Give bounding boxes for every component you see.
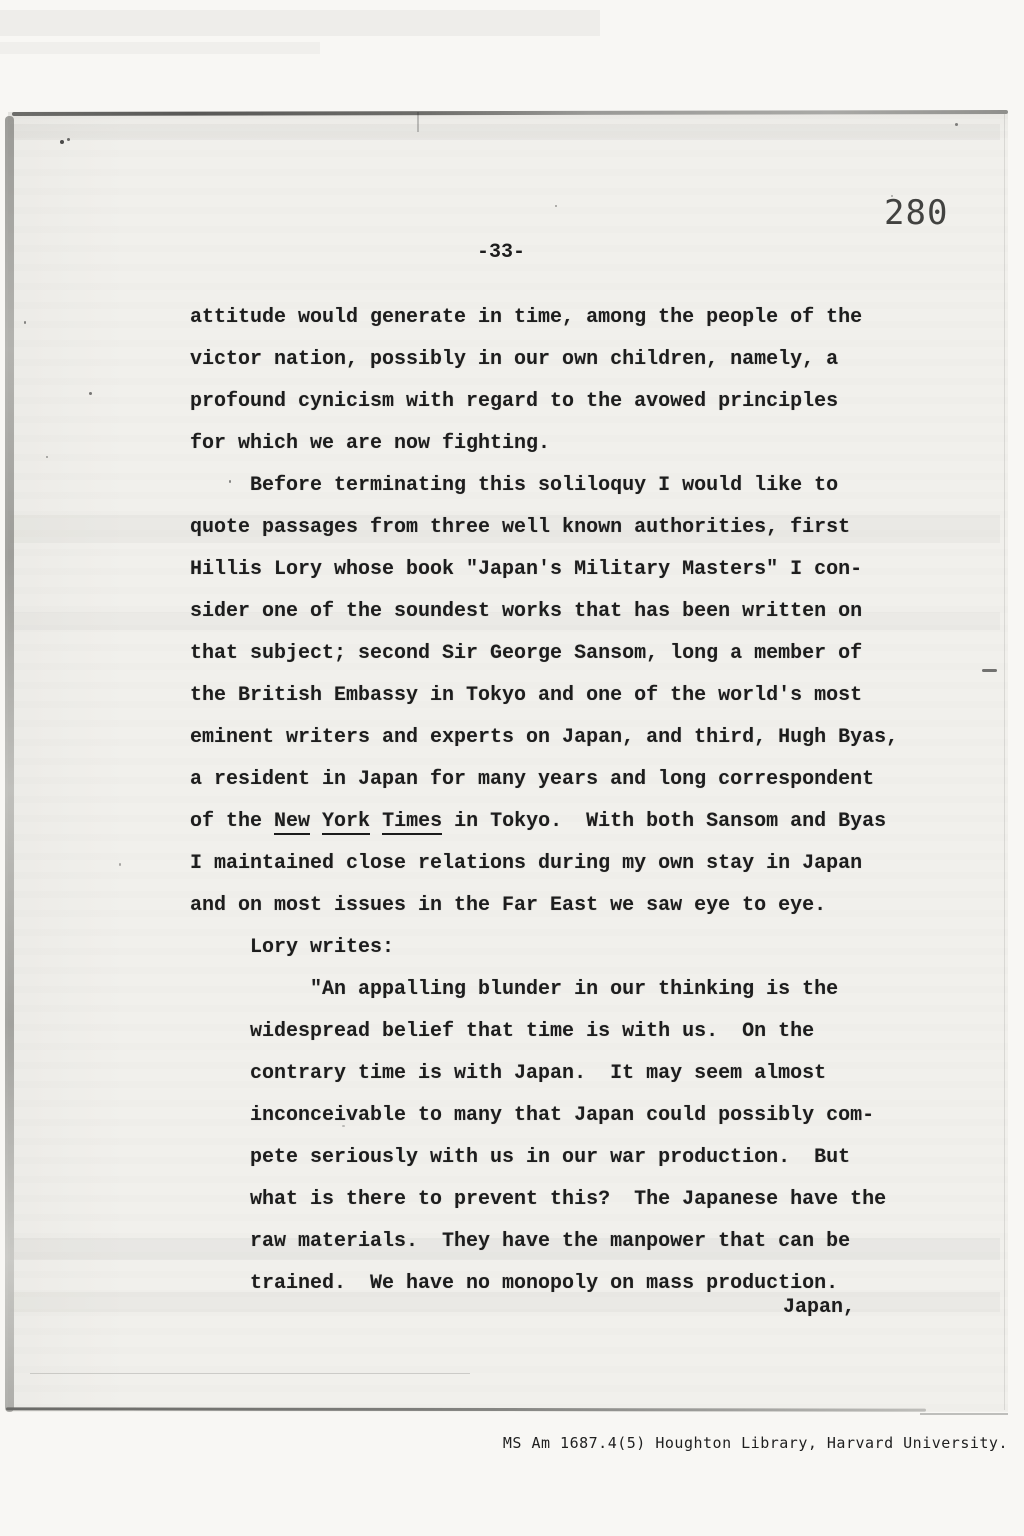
typed-line: attitude would generate in time, among t…: [190, 297, 898, 339]
typed-line: that subject; second Sir George Sansom, …: [190, 633, 898, 675]
scanned-page: 280 -33- attitude would generate in time…: [0, 0, 1024, 1536]
typed-line: sider one of the soundest works that has…: [190, 591, 898, 633]
typed-line: what is there to prevent this? The Japan…: [190, 1179, 898, 1221]
catchword: Japan,: [783, 1287, 855, 1329]
paper-right-edge: [1004, 114, 1005, 1410]
typed-line: widespread belief that time is with us. …: [190, 1011, 898, 1053]
page-number-stamp: 280: [884, 192, 948, 234]
underlined-title-word: Times: [382, 810, 442, 835]
paper-bottom-crease: [30, 1373, 470, 1374]
underlined-title-word: New: [274, 810, 310, 835]
typed-line: for which we are now fighting.: [190, 423, 898, 465]
scan-band: [0, 10, 600, 36]
paper-left-edge: [5, 116, 14, 1412]
typed-line: eminent writers and experts on Japan, an…: [190, 717, 898, 759]
typed-line: "An appalling blunder in our thinking is…: [190, 969, 898, 1011]
footer-credit: MS Am 1687.4(5) Houghton Library, Harvar…: [0, 1433, 1008, 1453]
stray-dash: [982, 669, 997, 672]
typed-line: of the New York Times in Tokyo. With bot…: [190, 801, 898, 843]
typed-line: quote passages from three well known aut…: [190, 507, 898, 549]
paper-bottom-edge: [920, 1413, 1008, 1415]
typed-line: inconceivable to many that Japan could p…: [190, 1095, 898, 1137]
typed-line: Before terminating this soliloquy I woul…: [190, 465, 898, 507]
typed-line: Lory writes:: [190, 927, 898, 969]
typed-lines: attitude would generate in time, among t…: [190, 297, 898, 1305]
typed-line: raw materials. They have the manpower th…: [190, 1221, 898, 1263]
typed-line: Hillis Lory whose book "Japan's Military…: [190, 549, 898, 591]
underlined-title-word: York: [322, 810, 370, 835]
typed-line: the British Embassy in Tokyo and one of …: [190, 675, 898, 717]
scan-band: [0, 42, 320, 54]
typed-line: a resident in Japan for many years and l…: [190, 759, 898, 801]
typed-line: profound cynicism with regard to the avo…: [190, 381, 898, 423]
typed-line: I maintained close relations during my o…: [190, 843, 898, 885]
typed-line: and on most issues in the Far East we sa…: [190, 885, 898, 927]
scratch-mark: [417, 112, 419, 132]
typed-line: pete seriously with us in our war produc…: [190, 1137, 898, 1179]
typed-line: victor nation, possibly in our own child…: [190, 339, 898, 381]
typed-line: contrary time is with Japan. It may seem…: [190, 1053, 898, 1095]
typed-page-number: -33-: [477, 232, 525, 274]
